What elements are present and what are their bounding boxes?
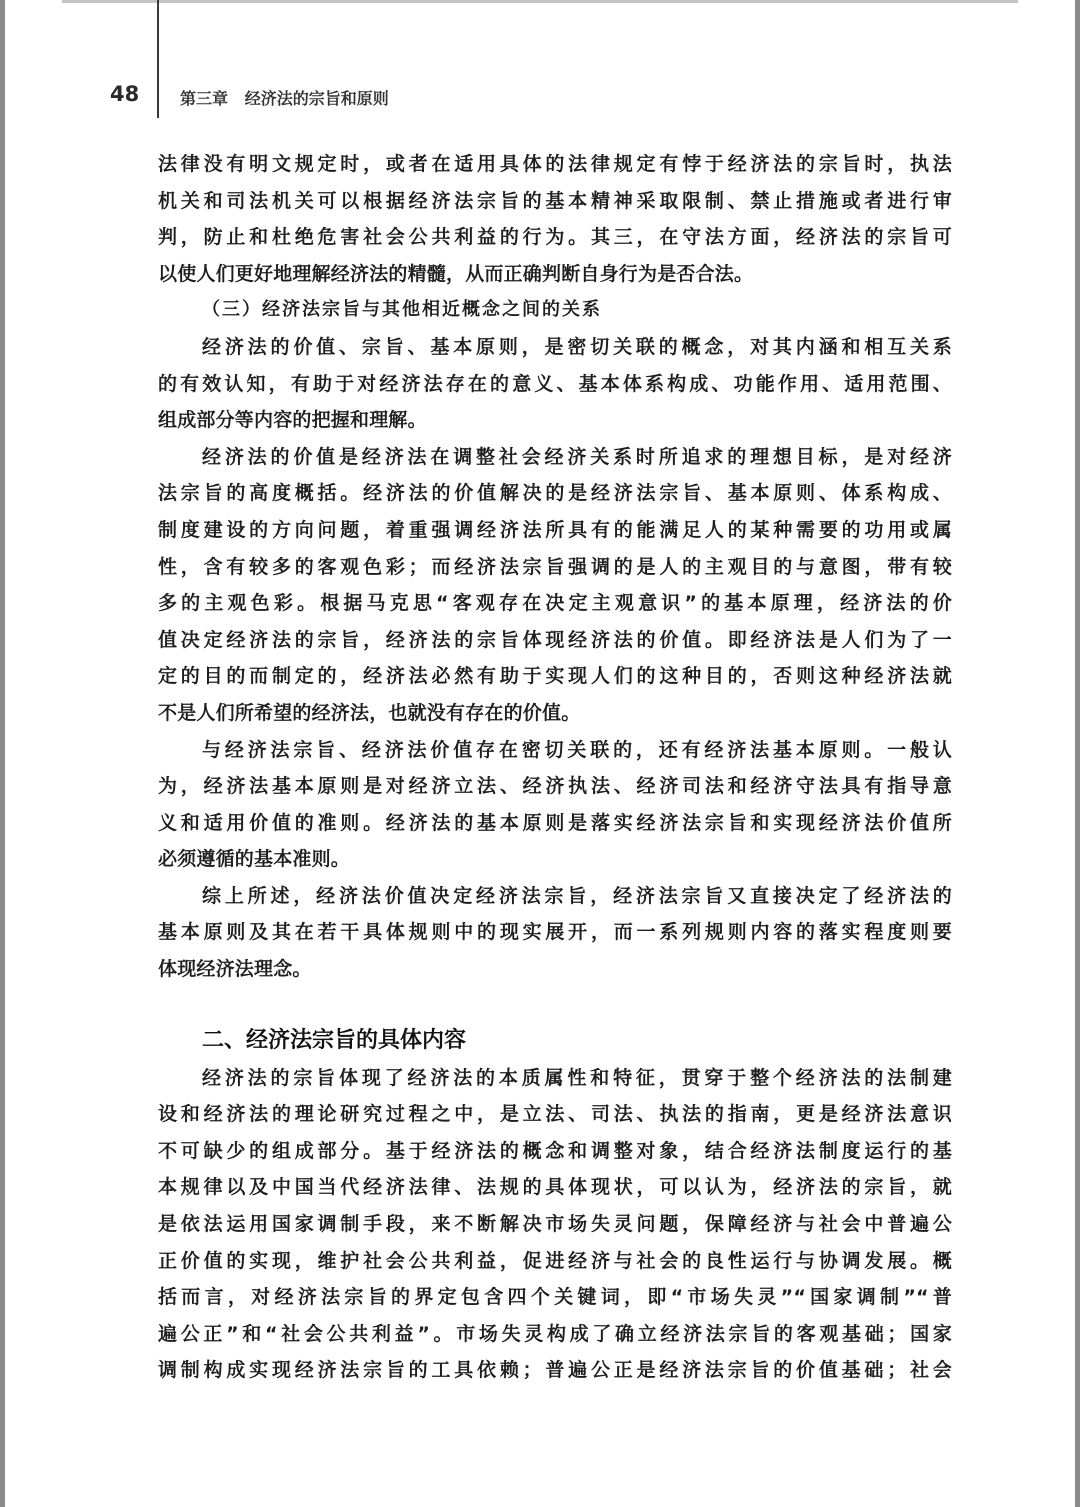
text-line: 括而言，对经济法宗旨的界定包含四个关键词，即“市场失灵”“国家调制”“普 [158,1279,952,1316]
subheading: （三）经济法宗旨与其他相近概念之间的关系 [158,292,952,329]
text-line: 综上所述，经济法价值决定经济法宗旨，经济法宗旨又直接决定了经济法的 [158,878,952,915]
text-line: 正价值的实现，维护社会公共利益，促进经济与社会的良性运行与协调发展。概 [158,1243,952,1280]
text-line: 不可缺少的组成部分。基于经济法的概念和调整对象，结合经济法制度运行的基 [158,1133,952,1170]
text-line: 机关和司法机关可以根据经济法宗旨的基本精神采取限制、禁止措施或者进行审 [158,183,952,220]
paragraph-5: 综上所述，经济法价值决定经济法宗旨，经济法宗旨又直接决定了经济法的 基本原则及其… [158,878,952,988]
text-line: 组成部分等内容的把握和理解。 [158,402,952,439]
text-line: 法律没有明文规定时，或者在适用具体的法律规定有悖于经济法的宗旨时，执法 [158,146,952,183]
text-line: 的有效认知，有助于对经济法存在的意义、基本体系构成、功能作用、适用范围、 [158,366,952,403]
page-number: 48 [110,82,139,106]
text-line: 经济法的宗旨体现了经济法的本质属性和特征，贯穿于整个经济法的法制建 [158,1060,952,1097]
text-line: 值决定经济法的宗旨，经济法的宗旨体现经济法的价值。即经济法是人们为了一 [158,622,952,659]
text-line: 义和适用价值的准则。经济法的基本原则是落实经济法宗旨和实现经济法价值所 [158,805,952,842]
text-line: 经济法的价值是经济法在调整社会经济关系时所追求的理想目标，是对经济 [158,439,952,476]
text-line: 不是人们所希望的经济法，也就没有存在的价值。 [158,695,952,732]
paragraph-4: 与经济法宗旨、经济法价值存在密切关联的，还有经济法基本原则。一般认 为，经济法基… [158,732,952,878]
text-line: 性，含有较多的客观色彩；而经济法宗旨强调的是人的主观目的与意图，带有较 [158,549,952,586]
text-line: 多的主观色彩。根据马克思“客观存在决定主观意识”的基本原理，经济法的价 [158,585,952,622]
header-vertical-rule [157,0,159,118]
paragraph-3: 经济法的价值是经济法在调整社会经济关系时所追求的理想目标，是对经济 法宗旨的高度… [158,439,952,732]
text-line: 是依法运用国家调制手段，来不断解决市场失灵问题，保障经济与社会中普遍公 [158,1206,952,1243]
text-line: 基本原则及其在若干具体规则中的现实展开，而一系列规则内容的落实程度则要 [158,914,952,951]
right-page-edge [1075,0,1080,1507]
paragraph-6: 经济法的宗旨体现了经济法的本质属性和特征，贯穿于整个经济法的法制建 设和经济法的… [158,1060,952,1389]
page-body: 法律没有明文规定时，或者在适用具体的法律规定有悖于经济法的宗旨时，执法 机关和司… [158,146,952,1389]
paragraph-1: 法律没有明文规定时，或者在适用具体的法律规定有悖于经济法的宗旨时，执法 机关和司… [158,146,952,292]
text-line: 必须遵循的基本准则。 [158,841,952,878]
top-page-edge [62,0,1018,3]
text-line: 制度建设的方向问题，着重强调经济法所具有的能满足人的某种需要的功用或属 [158,512,952,549]
text-line: 判，防止和杜绝危害社会公共利益的行为。其三，在守法方面，经济法的宗旨可 [158,219,952,256]
text-line: 定的目的而制定的，经济法必然有助于实现人们的这种目的，否则这种经济法就 [158,658,952,695]
text-line: 设和经济法的理论研究过程之中，是立法、司法、执法的指南，更是经济法意识 [158,1096,952,1133]
text-line: 与经济法宗旨、经济法价值存在密切关联的，还有经济法基本原则。一般认 [158,732,952,769]
section-spacer [158,988,952,1022]
paragraph-2: 经济法的价值、宗旨、基本原则，是密切关联的概念，对其内涵和相互关系 的有效认知，… [158,329,952,439]
left-page-edge [0,0,5,1507]
text-line: 法宗旨的高度概括。经济法的价值解决的是经济法宗旨、基本原则、体系构成、 [158,475,952,512]
text-line: 本规律以及中国当代经济法律、法规的具体现状，可以认为，经济法的宗旨，就 [158,1169,952,1206]
section-title: 二、经济法宗旨的具体内容 [158,1022,952,1060]
text-line: 以使人们更好地理解经济法的精髓，从而正确判断自身行为是否合法。 [158,256,952,293]
text-line: 经济法的价值、宗旨、基本原则，是密切关联的概念，对其内涵和相互关系 [158,329,952,366]
text-line: 遍公正”和“社会公共利益”。市场失灵构成了确立经济法宗旨的客观基础；国家 [158,1316,952,1353]
text-line: 为，经济法基本原则是对经济立法、经济执法、经济司法和经济守法具有指导意 [158,768,952,805]
running-head-chapter-title: 第三章 经济法的宗旨和原则 [180,86,389,109]
text-line: 体现经济法理念。 [158,951,952,988]
text-line: 调制构成实现经济法宗旨的工具依赖；普遍公正是经济法宗旨的价值基础；社会 [158,1352,952,1389]
